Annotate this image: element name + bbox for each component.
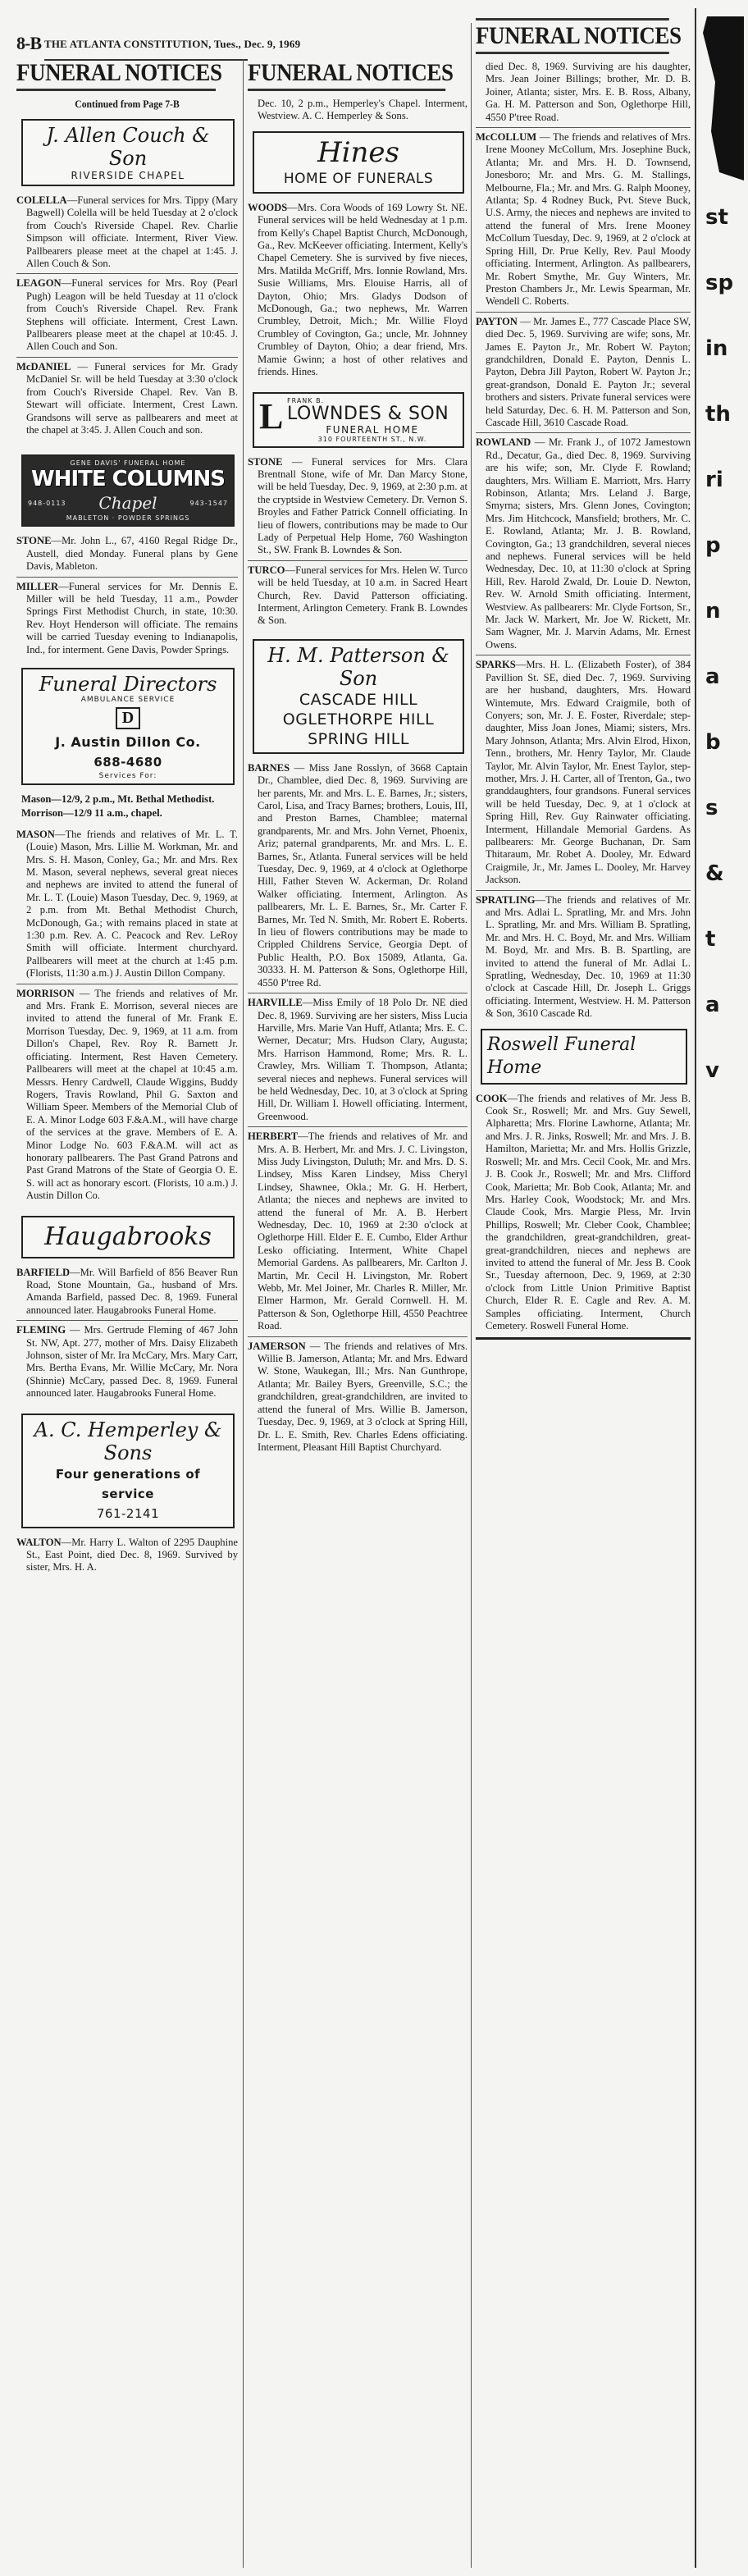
ad-illustration-icon — [703, 16, 744, 180]
ad-fragment: a — [705, 993, 720, 1017]
ad-line: MABLETON · POWDER SPRINGS — [28, 514, 228, 522]
divider — [16, 1320, 238, 1321]
obituary-notice: BARFIELD—Mr. Will Barfield of 856 Beaver… — [16, 1267, 238, 1318]
obituary-notice: WOODS—Mrs. Cora Woods of 169 Lowry St. N… — [248, 202, 467, 379]
ad-fragment: s — [705, 796, 718, 820]
ad-hemperley: A. C. Hemperley & Sons Four generations … — [21, 1414, 235, 1528]
ad-fragment: n — [705, 599, 721, 623]
section-header: FUNERAL NOTICES — [16, 59, 216, 91]
divider — [248, 1336, 467, 1337]
obituary-notice: MASON—The friends and relatives of Mr. L… — [16, 829, 238, 980]
divider — [476, 890, 691, 891]
ad-dillon: Funeral Directors AMBULANCE SERVICE D J.… — [21, 668, 235, 785]
ad-address: 310 FOURTEENTH ST., N.W. — [287, 436, 458, 443]
column-divider — [471, 23, 472, 2568]
divider — [476, 432, 691, 433]
obituary-notice: COOK—The friends and relatives of Mr. Je… — [476, 1093, 691, 1333]
ad-fragment: in — [705, 336, 727, 361]
ad-haugabrooks: Haugabrooks — [21, 1216, 235, 1258]
ad-phone: 688-4680 — [28, 752, 228, 772]
ad-location: SPRING HILL — [259, 729, 458, 749]
obituary-notice: FLEMING — Mrs. Gertrude Fleming of 467 J… — [16, 1324, 238, 1400]
obituary-notice: MILLER—Funeral services for Mr. Dennis E… — [16, 581, 238, 656]
obituary-notice: McDANIEL — Funeral services for Mr. Grad… — [16, 361, 238, 436]
divider — [16, 577, 238, 578]
obituary-notice: BARNES — Miss Jane Rosslyn, of 3668 Capt… — [248, 762, 467, 989]
ad-white-columns: GENE DAVIS' FUNERAL HOME WHITE COLUMNS 9… — [21, 454, 235, 527]
obituary-notice: HARVILLE—Miss Emily of 18 Polo Dr. NE di… — [248, 997, 467, 1123]
continued-note: Continued from Page 7-B — [28, 98, 227, 111]
ad-fragment: b — [705, 730, 721, 755]
ad-fragment: ri — [705, 468, 723, 492]
obituary-notice: TURCO—Funeral services for Mrs. Helen W.… — [248, 564, 467, 628]
divider — [476, 655, 691, 655]
service-listing: Morrison—12/9 11 a.m., chapel. — [16, 807, 238, 820]
divider — [16, 984, 238, 984]
ad-lowndes: L FRANK B. LOWNDES & SON FUNERAL HOME 31… — [253, 392, 464, 448]
ad-fragment: p — [705, 533, 721, 558]
ad-couch: J. Allen Couch & Son RIVERSIDE CHAPEL — [21, 119, 235, 186]
ad-fragment: v — [705, 1058, 719, 1083]
divider — [248, 1126, 467, 1127]
section-header: FUNERAL NOTICES — [248, 59, 445, 91]
ad-fragment: t — [705, 927, 715, 952]
ad-company: J. Austin Dillon Co. — [28, 733, 228, 752]
ad-title: LOWNDES & SON — [287, 404, 458, 424]
ad-title: J. Allen Couch & Son — [28, 124, 228, 170]
divider — [248, 993, 467, 993]
adjacent-ad-strip: st sp in th ri p n a b s & t a v — [699, 0, 748, 2576]
divider — [248, 560, 467, 561]
masthead: 8-B THE ATLANTA CONSTITUTION, Tues., Dec… — [16, 18, 262, 51]
ad-line: GENE DAVIS' FUNERAL HOME — [28, 459, 228, 467]
ad-title: A. C. Hemperley & Sons — [28, 1418, 228, 1464]
obituary-notice: STONE — Funeral services for Mrs. Clara … — [248, 456, 467, 557]
continued-text: Dec. 10, 2 p.m., Hemperley's Chapel. Int… — [248, 98, 467, 123]
obituary-notice: PAYTON — Mr. James E., 777 Cascade Place… — [476, 316, 691, 430]
obituary-notice: WALTON—Mr. Harry L. Walton of 2295 Dauph… — [16, 1537, 238, 1574]
ad-roswell: Roswell Funeral Home — [481, 1029, 687, 1085]
ad-title: Haugabrooks — [28, 1221, 228, 1254]
ad-patterson: H. M. Patterson & Son CASCADE HILL OGLET… — [253, 639, 464, 754]
column-2: FUNERAL NOTICES Dec. 10, 2 p.m., Hemperl… — [248, 59, 467, 1454]
ad-script: Chapel — [98, 491, 157, 514]
ad-subtitle: HOME OF FUNERALS — [259, 169, 458, 189]
column-divider — [243, 59, 244, 2568]
ad-location: CASCADE HILL — [259, 690, 458, 710]
ad-location: OGLETHORPE HILL — [259, 710, 458, 729]
obituary-notice: MORRISON — The friends and relatives of … — [16, 988, 238, 1203]
divider — [476, 127, 691, 128]
ad-phone: 948-0113 — [28, 500, 66, 507]
obituary-notice: SPRATLING—The friends and relatives of M… — [476, 894, 691, 1021]
column-1: FUNERAL NOTICES Continued from Page 7-B … — [16, 59, 238, 1574]
ad-title: Funeral Directors — [28, 673, 228, 696]
letter-l-logo-icon: L — [259, 399, 283, 435]
column-divider — [695, 8, 696, 2568]
ad-title: Hines — [259, 136, 458, 169]
obituary-notice: ROWLAND — Mr. Frank J., of 1072 Jamestow… — [476, 436, 691, 651]
page-number: 8-B — [16, 33, 41, 54]
ad-title: Roswell Funeral Home — [487, 1034, 681, 1080]
section-header: FUNERAL NOTICES — [476, 18, 669, 54]
newspaper-page: 8-B THE ATLANTA CONSTITUTION, Tues., Dec… — [0, 0, 748, 2576]
ad-fragment: & — [705, 861, 724, 886]
obituary-notice: COLELLA—Funeral services for Mrs. Tippy … — [16, 194, 238, 270]
paper-dateline: THE ATLANTA CONSTITUTION, Tues., Dec. 9,… — [44, 38, 300, 51]
obituary-notice: SPARKS—Mrs. H. L. (Elizabeth Foster), of… — [476, 659, 691, 886]
ad-fragment: a — [705, 665, 720, 689]
obituary-notice: STONE—Mr. John L., 67, 4160 Regal Ridge … — [16, 535, 238, 573]
obituary-notice: HERBERT—The friends and relatives of Mr.… — [248, 1130, 467, 1333]
ad-phone: 943-1547 — [189, 500, 228, 507]
ad-line: AMBULANCE SERVICE — [28, 696, 228, 704]
obituary-notice: LEAGON—Funeral services for Mrs. Roy (Pe… — [16, 277, 238, 353]
ad-fragment: st — [705, 205, 728, 230]
ad-fragment: sp — [705, 271, 733, 295]
letter-d-logo-icon: D — [116, 707, 140, 729]
ad-subtitle: RIVERSIDE CHAPEL — [28, 170, 228, 181]
service-listing: Mason—12/9, 2 p.m., Mt. Bethal Methodist… — [16, 793, 238, 806]
column-3: FUNERAL NOTICES died Dec. 8, 1969. Survi… — [476, 18, 691, 1343]
divider — [476, 1337, 691, 1340]
divider — [476, 312, 691, 313]
obituary-notice: McCOLLUM — The friends and relatives of … — [476, 131, 691, 308]
ad-hines: Hines HOME OF FUNERALS — [253, 131, 464, 194]
divider — [16, 273, 238, 274]
obituary-notice: JAMERSON — The friends and relatives of … — [248, 1341, 467, 1455]
ad-subtitle: FUNERAL HOME — [287, 424, 458, 436]
ad-tagline: Four generations of service — [28, 1464, 228, 1504]
divider — [16, 357, 238, 358]
ad-title: H. M. Patterson & Son — [259, 644, 458, 690]
ad-line: Services For: — [28, 772, 228, 780]
ad-fragment: th — [705, 402, 731, 427]
continued-text: died Dec. 8, 1969. Surviving are his dau… — [476, 61, 691, 124]
ad-phone: 761-2141 — [28, 1504, 228, 1523]
ad-title: WHITE COLUMNS — [28, 467, 228, 491]
